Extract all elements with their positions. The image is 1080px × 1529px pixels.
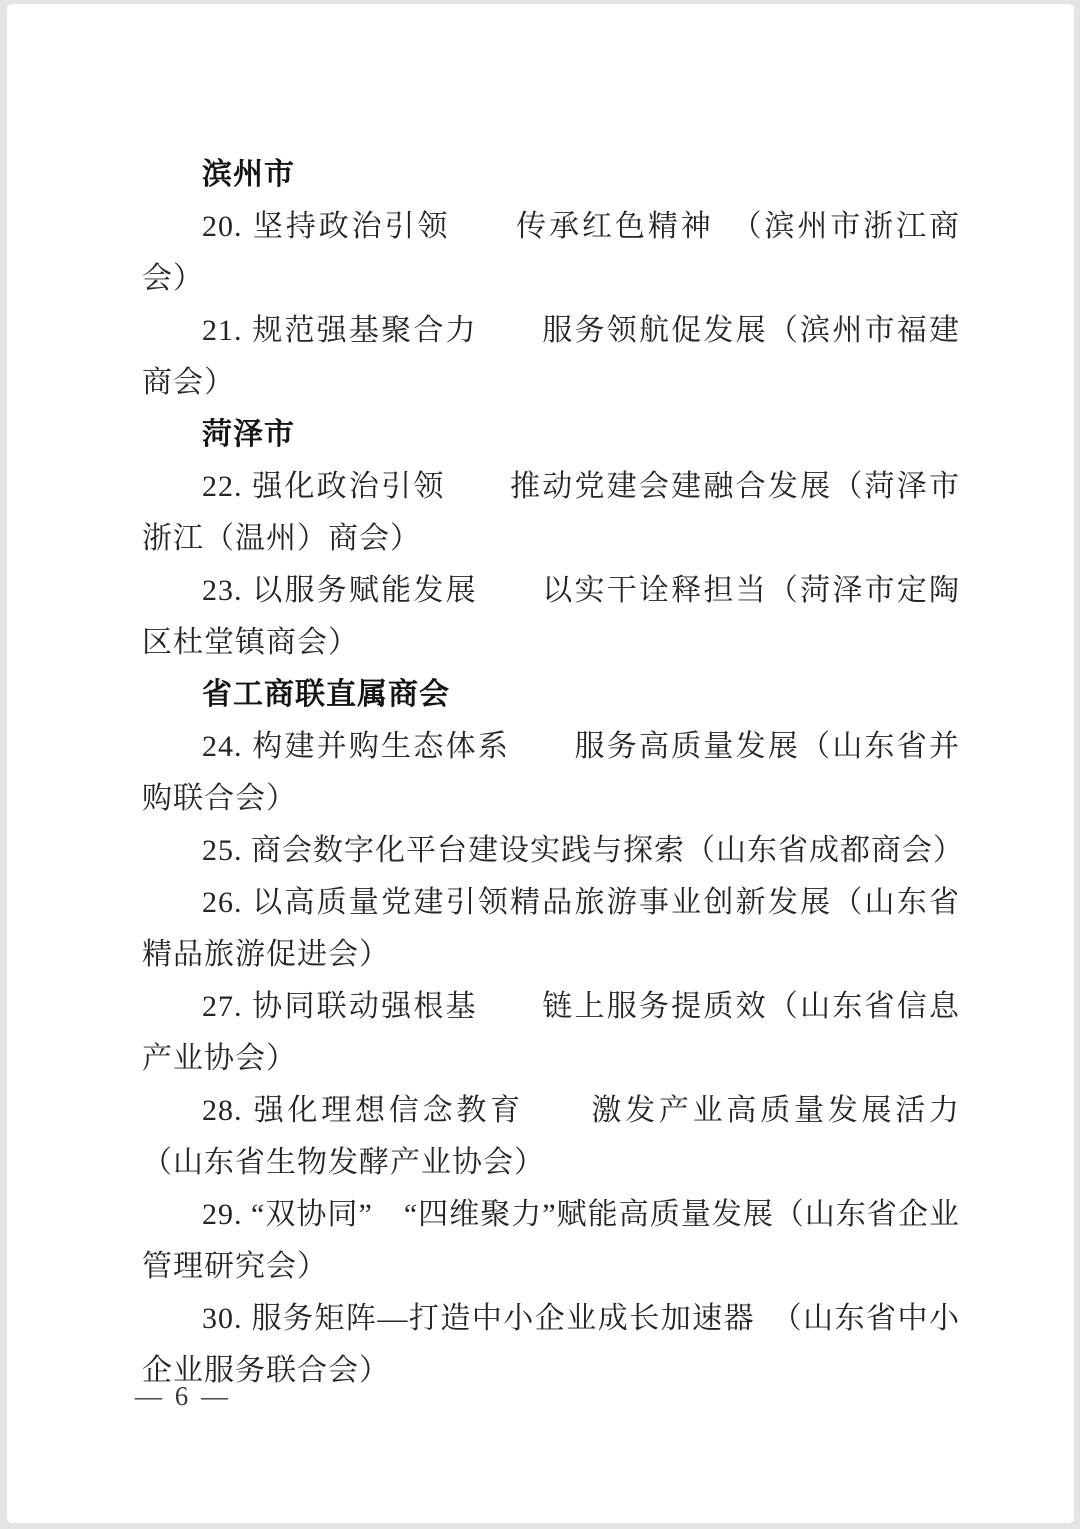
- list-item: 30. 服务矩阵—打造中小企业成长加速器 （山东省中小企业服务联合会）: [142, 1293, 960, 1397]
- page-number: — 6 —: [135, 1380, 231, 1412]
- list-item: 28. 强化理想信念教育 激发产业高质量发展活力（山东省生物发酵产业协会）: [142, 1085, 960, 1189]
- list-item: 20. 坚持政治引领 传承红色精神 （滨州市浙江商会）: [142, 201, 960, 305]
- list-item: 24. 构建并购生态体系 服务高质量发展（山东省并购联合会）: [142, 721, 960, 825]
- list-item: 26. 以高质量党建引领精品旅游事业创新发展（山东省精品旅游促进会）: [142, 877, 960, 981]
- section-heading: 省工商联直属商会: [142, 669, 960, 721]
- list-item: 23. 以服务赋能发展 以实干诠释担当（菏泽市定陶区杜堂镇商会）: [142, 565, 960, 669]
- document-body: 滨州市20. 坚持政治引领 传承红色精神 （滨州市浙江商会）21. 规范强基聚合…: [142, 149, 960, 1397]
- section-heading: 菏泽市: [142, 409, 960, 461]
- list-item: 21. 规范强基聚合力 服务领航促发展（滨州市福建商会）: [142, 305, 960, 409]
- document-page: 滨州市20. 坚持政治引领 传承红色精神 （滨州市浙江商会）21. 规范强基聚合…: [7, 4, 1074, 1523]
- list-item: 25. 商会数字化平台建设实践与探索（山东省成都商会）: [142, 825, 960, 877]
- list-item: 22. 强化政治引领 推动党建会建融合发展（菏泽市浙江（温州）商会）: [142, 461, 960, 565]
- list-item: 29. “双协同” “四维聚力”赋能高质量发展（山东省企业管理研究会）: [142, 1189, 960, 1293]
- list-item: 27. 协同联动强根基 链上服务提质效（山东省信息产业协会）: [142, 981, 960, 1085]
- section-heading: 滨州市: [142, 149, 960, 201]
